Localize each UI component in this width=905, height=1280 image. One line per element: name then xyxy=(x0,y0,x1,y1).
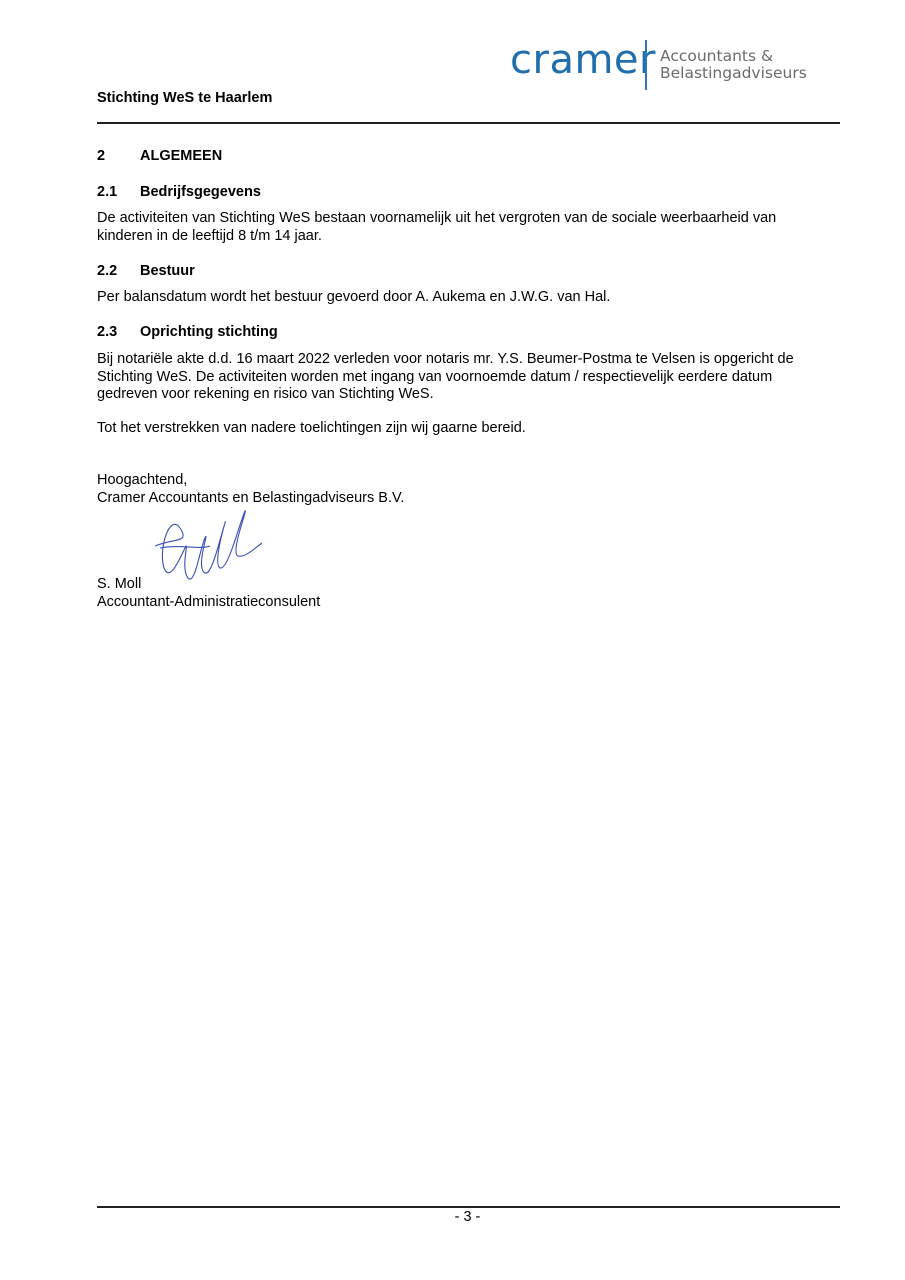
text-line: De activiteiten van Stichting WeS bestaa… xyxy=(97,210,837,228)
text-line: Per balansdatum wordt het bestuur gevoer… xyxy=(97,289,837,307)
signatory-name: S. Moll xyxy=(97,576,837,594)
closing-sentence: Tot het verstrekken van nadere toelichti… xyxy=(97,420,837,438)
logo-divider xyxy=(645,40,647,90)
section-title: ALGEMEEN xyxy=(140,148,222,164)
text-line: Bij notariële akte d.d. 16 maart 2022 ve… xyxy=(97,351,837,369)
paragraph-oprichting: Bij notariële akte d.d. 16 maart 2022 ve… xyxy=(97,351,837,404)
header-rule xyxy=(97,122,840,124)
subsection-title: Oprichting stichting xyxy=(140,324,278,340)
text-line: kinderen in de leeftijd 8 t/m 14 jaar. xyxy=(97,228,837,246)
subsection-heading-2-2: 2.2Bestuur xyxy=(97,263,195,279)
page-number: - 3 - xyxy=(0,1209,905,1225)
signatory-role: Accountant-Administratieconsulent xyxy=(97,594,837,612)
subsection-number: 2.1 xyxy=(97,184,140,200)
logo-tagline: Accountants & Belastingadviseurs xyxy=(660,48,807,82)
logo-tagline-line2: Belastingadviseurs xyxy=(660,65,807,82)
subsection-number: 2.2 xyxy=(97,263,140,279)
subsection-heading-2-1: 2.1Bedrijfsgegevens xyxy=(97,184,261,200)
greeting: Hoogachtend, xyxy=(97,472,837,490)
logo-wordmark: cramer xyxy=(510,36,656,84)
section-number: 2 xyxy=(97,148,140,164)
text-line: gedreven voor rekening en risico van Sti… xyxy=(97,386,837,404)
company-name: Cramer Accountants en Belastingadviseurs… xyxy=(97,490,837,508)
subsection-title: Bedrijfsgegevens xyxy=(140,184,261,200)
signatory: S. Moll Accountant-Administratieconsulen… xyxy=(97,576,837,611)
subsection-heading-2-3: 2.3Oprichting stichting xyxy=(97,324,278,340)
footer-rule xyxy=(97,1206,840,1208)
text-line: Stichting WeS. De activiteiten worden me… xyxy=(97,369,837,387)
paragraph-bestuur: Per balansdatum wordt het bestuur gevoer… xyxy=(97,289,837,307)
section-heading: 2ALGEMEEN xyxy=(97,148,222,164)
logo-tagline-line1: Accountants & xyxy=(660,48,807,65)
signature-block: Hoogachtend, Cramer Accountants en Belas… xyxy=(97,472,837,507)
paragraph-bedrijfsgegevens: De activiteiten van Stichting WeS bestaa… xyxy=(97,210,837,245)
subsection-title: Bestuur xyxy=(140,263,195,279)
subsection-number: 2.3 xyxy=(97,324,140,340)
organization-name: Stichting WeS te Haarlem xyxy=(97,90,272,106)
